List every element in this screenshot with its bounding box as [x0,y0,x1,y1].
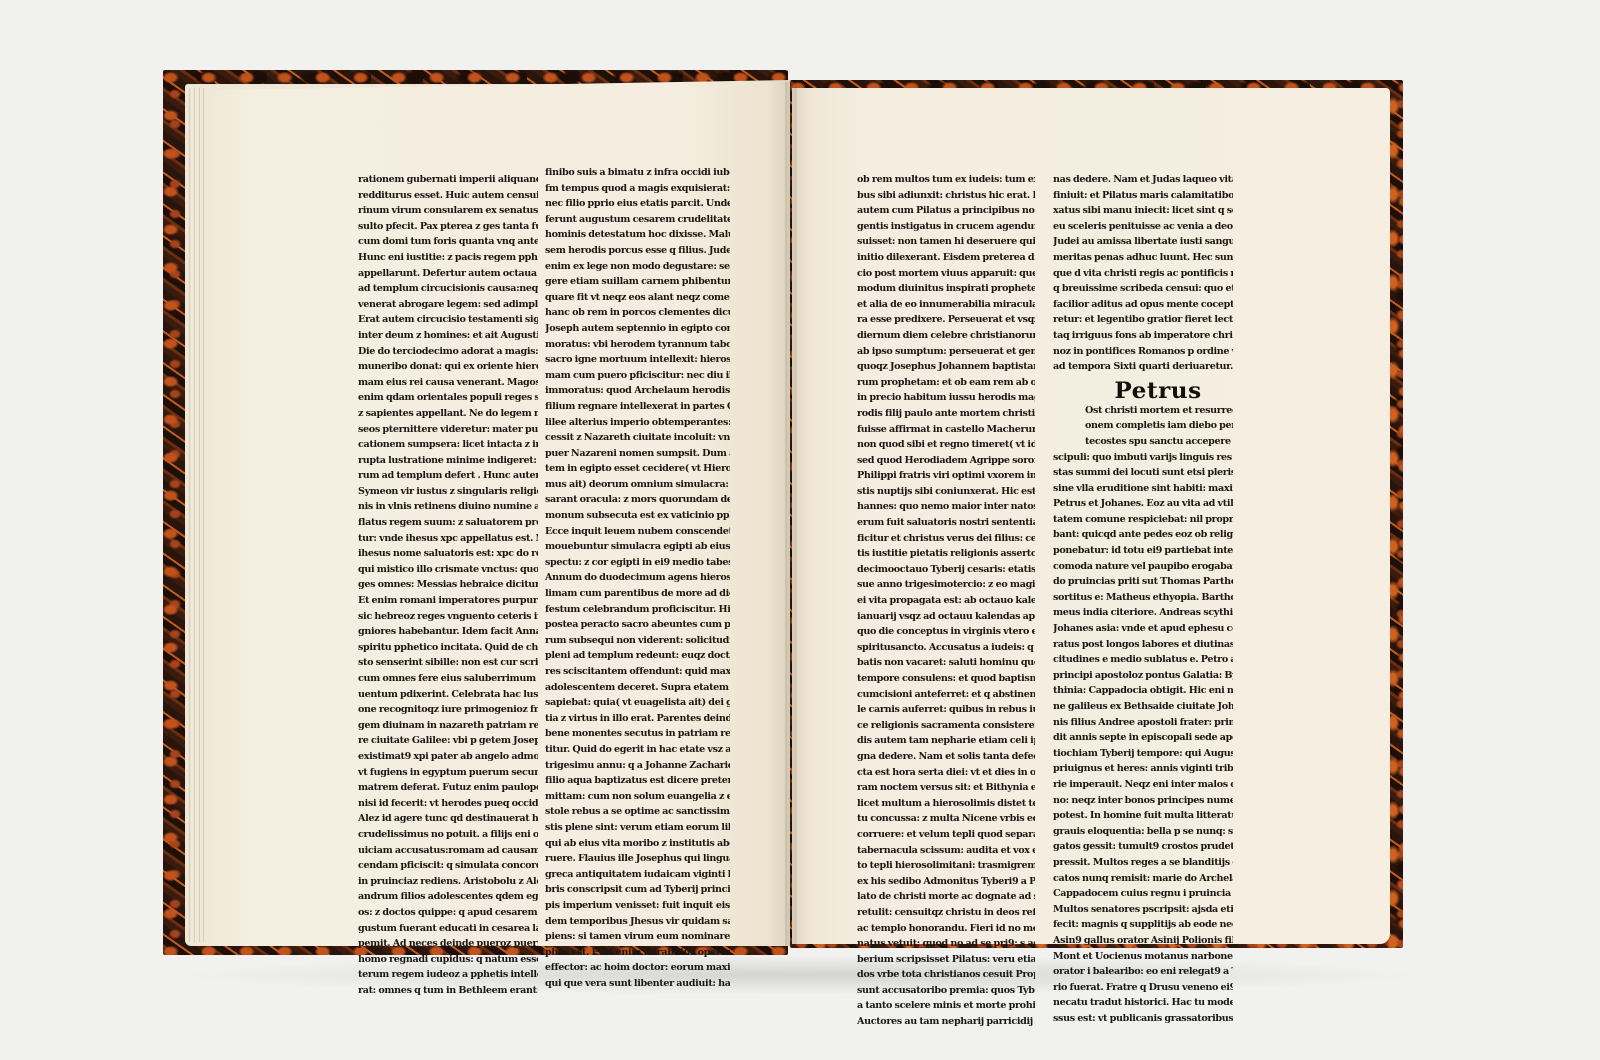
text-line: sue anno trigesimotercio: z eo magis quo… [857,577,1035,593]
text-line: meritas penas adhuc luunt. Hec sunt fere [1053,250,1233,266]
text-line: uentum pdixerint. Celebrata hac lustrati [358,687,538,703]
text-line: pbas est. Erat enim mirabiliuz operum [545,945,730,961]
text-line: sic hebreoz reges vnguento ceteris insi [358,609,538,625]
text-line: filio aqua baptizatus est dicere preter [545,773,730,789]
text-line: et alia de eo innumerabilia miracula fut… [857,297,1035,313]
text-line: thinia: Cappadocia obtigit. Hic eni nato [1053,683,1233,699]
text-line: os: z doctos quippe: q apud cesarem Au [358,905,538,921]
text-line: rum ad templum defert . Hunc autem [358,468,538,484]
text-line: cum omnes fere eius saluberrimum ad [358,671,538,687]
text-line: catos nunq remisit: marie do Archelaum [1053,871,1233,887]
text-line: stis nuptijs sibi coniunxerat. Hic est i… [857,484,1035,500]
text-line: fecit: magnis q supplitijs ab eode necat… [1053,917,1233,933]
text-line: non quod sibi et regno timeret( vt ide a… [857,437,1035,453]
text-line: tu concussa: z multa Nicene vrbis edific… [857,811,1035,827]
leaf-edge-line [189,88,190,942]
text-line: rum prophetam: et ob eam rem ab omnibo [857,375,1035,391]
text-line: Hunc eni iustitie: z pacis regem pphete [358,250,538,266]
text-line: stas summi dei locuti sunt etsi plerisqz… [1053,465,1233,481]
text-line: finiuit: et Pilatus maris calamitatibo v… [1053,188,1233,204]
text-line: pressit. Multos reges a se blanditijs eu… [1053,855,1233,871]
text-line: vt fugiens in egyptum puerum secum z [358,765,538,781]
text-line: gustum fuerant educati in cesarea lago [358,921,538,937]
text-line: ad templum circucisionis causa:neqz eni [358,281,538,297]
text-line: Judei au amissa libertate iusti sanguini… [1053,234,1233,250]
text-line: bris conscripsit cum ad Tyberij princi [545,882,730,898]
text-line: sem herodis porcus esse q filius. Judei [545,243,730,259]
text-line: erum fuit saluatoris nostri sententia. P… [857,515,1035,531]
text-line: a tanto scelere minis et morte prohibuit… [857,998,1035,1014]
text-line: diernum diem celebre christianorum nome [857,328,1035,344]
text-line: ruere. Flauius ille Josephus qui lingua [545,851,730,867]
text-line: ianuarij vsqz ad octauu kalendas aprilis… [857,609,1035,625]
text-line: cum domi tum foris quanta vnq antea. [358,234,538,250]
text-line: tatem comune respiciebat: nil proprij ha… [1053,512,1233,528]
text-line: limam cum parentibus de more ad diem [545,586,730,602]
text-line: retur: et legentibo gratior fieret lecti… [1053,312,1233,328]
text-line: sine vlla eruditione sint habiti: maxime… [1053,481,1233,497]
text-line: gentis instigatus in crucem agendum cen [857,219,1035,235]
text-line: no: neqz inter bonos principes numerari [1053,793,1233,809]
text-line: tia z virtus in illo erat. Parentes dein… [545,711,730,727]
text-line: tis iustitie pietatis religionis asserto… [857,546,1035,562]
text-line: batis non vacaret: saluti hominu quouis [857,655,1035,671]
text-line: monum subsecuta est ex vaticinio pphete [545,508,730,524]
text-line: nis filius Andree apostoli frater: prim9… [1053,715,1233,731]
text-line: puer Nazareni nomen sumpsit. Dum au [545,446,730,462]
text-line: ihesus nome saluatoris est: xpc do regis [358,546,538,562]
text-line: initio dilexerant. Eisdem preterea die t… [857,250,1035,266]
text-line: existimat9 xpi pater ab angelo admonet [358,749,538,765]
text-line: sulto pfecit. Pax pterea z ges tanta fui… [358,219,538,235]
text-line: Joseph autem septennio in egipto com [545,321,730,337]
text-line: facilior aditus ad opus mente coceptu da [1053,297,1233,313]
text-line: Symeon vir iustus z singularis religio [358,484,538,500]
text-line: nisi id fecerit: vt herodes pueq occider… [358,796,538,812]
text-line: ficitur et christus verus dei filius: ce… [857,531,1035,547]
text-line: eu sceleris penituisse ac venia a deo me… [1053,219,1233,235]
text-line: modum diuinitus inspirati prophete z hec [857,281,1035,297]
text-line: filium regnare intellexerat in partes Ga [545,399,730,415]
text-line: mam cum puero pficiscitur: nec diu ibi [545,368,730,384]
text-line: immoratus: quod Archelaum herodis [545,383,730,399]
text-line: ad tempora Sixti quarti deriuaretur. [1053,359,1233,375]
text-line: noz in pontifices Romanos p ordine vsqz [1053,344,1233,360]
text-line: in pruinciaz rediens. Aristobolu z Alex [358,874,538,890]
text-line: gere etiam suillam carnem phibentur: [545,274,730,290]
text-line: gniores habebantur. Idem facit Anna [358,624,538,640]
text-line: redditurus esset. Huic autem censui Cy [358,188,538,204]
text-line: priuignus et heres: annis viginti tribo … [1053,761,1233,777]
text-line: mittam: cum non solum euangelia z epi [545,789,730,805]
text-line: gna dedere. Nam et solis tanta defectio … [857,749,1035,765]
text-line: res sciscitantem offendunt: quid maxime [545,664,730,680]
text-line: ra esse predixere. Perseuerat et vsqz in… [857,312,1035,328]
text-line: stis plene sint: verum etiam eorum libri [545,820,730,836]
text-line: tiochiam Tyberij tempore: qui Augusti [1053,746,1233,762]
text-line: rat: omnes q tum in Bethleem erant: z [358,983,538,999]
text-line: quo die conceptus in virginis vtero est … [857,624,1035,640]
text-line: onem completis iam diebo pen [1053,418,1233,434]
text-line: Ost christi mortem et resurrecti [1053,403,1233,419]
text-line: suisset: non tamen hi deseruere qui eum … [857,234,1035,250]
text-line: Ecce inquit leuem nubem conscendet: z [545,524,730,540]
text-line: festum celebrandum proficiscitur. Hi do [545,602,730,618]
text-column-left-1: rationem gubernati imperii aliquandoredd… [358,172,538,998]
text-line: ne galileus ex Bethsaide ciuitate Johan [1053,699,1233,715]
text-line: enim ex lege non modo degustare: sed tan [545,259,730,275]
text-line: tem in egipto esset cecidere( vt Hieroni [545,461,730,477]
text-line: nec filio pprio eius etatis parcit. Unde [545,196,730,212]
text-line: Auctores au tam nepharij parricidij pe [857,1014,1035,1030]
column-text-before-heading: nas dedere. Nam et Judas laqueo vitamfin… [1053,172,1233,375]
text-line: grauis eloquentia: bella p se nunq: s p … [1053,824,1233,840]
text-line: cio post mortem viuus apparuit: quemad [857,266,1035,282]
text-line: sto senserint sibille: non est cur scrib… [358,655,538,671]
text-line: Alez id agere tunc qd destinauerat homo [358,811,538,827]
text-line: mouebuntur simulacra egipti ab eius co [545,539,730,555]
text-line: crudelissimus no potuit. a filijs eni ob… [358,827,538,843]
text-line: qui que vera sunt libenter audiuit: hanc [545,976,730,992]
text-line: quare fit vt neqz eos alant neqz comedat… [545,290,730,306]
text-line: qui ab eius vita moribo z institutis abo… [545,836,730,852]
text-line: ac templo honorandu. Fieri id no modo se [857,921,1035,937]
text-line: piens: si tamen virum eum nominare [545,929,730,945]
text-line: tecostes spu sanctu accepere di [1053,434,1233,450]
text-line: cationem sumpsera: licet intacta z incor [358,437,538,453]
text-line: inter deum z homines: et ait Augustin9 [358,328,538,344]
text-line: bus sibi adiunxit: christus hic erat. Hu… [857,188,1035,204]
text-line: ferunt augustum cesarem crudelitatem [545,212,730,228]
column-text-after-heading: Ost christi mortem et resurrectionem com… [1053,403,1233,1027]
book-gutter [785,82,797,948]
text-line: Cappadocem cuius regnu i pruincia vertit [1053,886,1233,902]
text-line: dos vrbe tota christianos cesuit Proposi… [857,967,1035,983]
text-column-right-1: ob rem multos tum ex iudeis: tum ex gent… [857,172,1035,1030]
text-line: fuisse affirmat in castello Macherunta: [857,422,1035,438]
text-line: do pruincias priti sut Thomas Parthos [1053,574,1233,590]
leaf-edge-line [194,88,195,942]
text-line: greca antiquitatem iudaicam viginti li [545,867,730,883]
text-line: spectu: z cor egipti in ei9 medio tabesc… [545,555,730,571]
text-line: terum regem iudeoz a pphetis intellexe [358,967,538,983]
text-line: effector: ac hoim doctor: eorum maxime [545,960,730,976]
text-line: quoqz Josephus Johannem baptistam ve [857,359,1035,375]
text-line: spiritu pphetico incitata. Quid de chri [358,640,538,656]
text-line: xatus sibi manu iniecit: licet sint q sc… [1053,203,1233,219]
text-line: titur. Quid do egerit in hac etate vsz a… [545,742,730,758]
text-line: potest. In homine fuit multa litteratura… [1053,808,1233,824]
text-line: finibo suis a bimatu z infra occidi iube… [545,165,730,181]
text-line: rie imperauit. Neqz eni inter malos omni [1053,777,1233,793]
text-line: bant: quicqd ante pedes eoz ob religione [1053,527,1233,543]
text-line: stole rebus a se optime ac sanctissime g… [545,804,730,820]
text-line: pleni ad templum redeunt: euqz docto [545,648,730,664]
text-line: orator i balearibo: eo eni relegat9 a Ty… [1053,964,1233,980]
text-line: moratus: vbi herodem tyrannum tabo z [545,337,730,353]
text-column-left-2: finibo suis a bimatu z infra occidi iube… [545,165,730,991]
text-line: trigesimu annu: q a Johanne Zacharie [545,758,730,774]
text-line: fm tempus quod a magis exquisierat: [545,181,730,197]
text-line: gatos gessit: tumult9 crostos prudeter s… [1053,839,1233,855]
text-line: Erat autem circucisio testamenti signu [358,312,538,328]
text-line: principi apostoloz pontus Galatia: By [1053,668,1233,684]
text-line: re ciuitate Galilee: vbi p getem Joseph [358,733,538,749]
text-line: rationem gubernati imperii aliquando [358,172,538,188]
text-line: cessit z Nazareth ciuitate incoluit: vnd… [545,430,730,446]
text-line: muneribo donat: qui ex oriente hierosoli [358,359,538,375]
text-line: hominis detestatum hoc dixisse. Malui [545,227,730,243]
text-line: uiciam accusatus:romam ad causam di [358,843,538,859]
text-line: le carnis auferret: quibus in rebus iuda… [857,702,1035,718]
text-line: nas dedere. Nam et Judas laqueo vitam [1053,172,1233,188]
text-line: q breuissime scribeda censui: quo et mih… [1053,281,1233,297]
text-column-right-2: nas dedere. Nam et Judas laqueo vitamfin… [1053,172,1233,1026]
text-line: que d vita christi regis ac pontificis n… [1053,266,1233,282]
text-line: adolescentem deceret. Supra etatem eni [545,680,730,696]
text-line: autem cum Pilatus a principibus nostre [857,203,1035,219]
text-line: Mont et Uocienus motanus narbonesis [1053,949,1233,965]
text-line: Multos senatores pscripsit: ajsda etia i… [1053,902,1233,918]
leaf-edge-line [203,88,204,942]
text-line: meus india citeriore. Andreas scythiam. [1053,605,1233,621]
text-line: hannes: quo nemo maior inter natos muli [857,499,1035,515]
text-line: rupta lustratione minime indigeret: pue [358,453,538,469]
text-line: scipuli: quo imbuti varijs linguis res g… [1053,450,1233,466]
text-line: rio fuerat. Fratre q Drusu veneno ei9 iu… [1053,980,1233,996]
text-line: in precio habitum iussu herodis magni he [857,390,1035,406]
text-line: andrum filios adolescentes qdem egregi [358,889,538,905]
text-line: mam eius rei causa venerant. Magos [358,375,538,391]
text-line: enim qdam orientales populi reges suos [358,390,538,406]
text-line: gem diuinam in nazareth patriam redie [358,718,538,734]
text-line: cendam pficiscit: q simulata concordia [358,858,538,874]
text-line: retulit: censuitqz christu in deos refer… [857,905,1035,921]
text-line: z sapientes appellant. Ne do legem moy [358,406,538,422]
text-line: dis autem tam nepharie etiam celi ipsi s… [857,733,1035,749]
text-line: tur: vnde ihesus xpc appellatus est. Naz [358,531,538,547]
text-line: seos pternittere videretur: mater purifi [358,422,538,438]
text-line: mus ait) deorum omnium simulacra: ces [545,477,730,493]
text-line: lilee alterius imperio obtemperantes: se [545,415,730,431]
text-line: postea peracto sacro abeuntes cum pue [545,617,730,633]
text-line: rum subsequi non viderent: solicitudine [545,633,730,649]
text-line: natus vetuit: quod no ad se pri9: s ad T… [857,936,1035,952]
text-line: ce religionis sacramenta consisterent. L… [857,718,1035,734]
text-line: pemit. Ad neces deinde pueroz puerius [358,936,538,952]
text-line: Philippi fratris viri optimi vxorem ince [857,468,1035,484]
text-line: Asin9 gallus orator Asinij Polionis fili… [1053,933,1233,949]
text-line: ratus post longos labores et diutinas so… [1053,637,1233,653]
text-line: venerat abrogare legem: sed adimplere. [358,297,538,313]
text-line: corruere: et velum tepli quod separat du… [857,827,1035,843]
text-line: flatus regem suum: z saluatorem profite [358,515,538,531]
text-line: ges omnes: Messias hebraice dicitur: [358,577,538,593]
text-line: necatu tradut historici. Hac tu moderati… [1053,995,1233,1011]
text-line: dem temporibus Jhesus vir quidam sa [545,914,730,930]
text-line: ab ipso sumptum: perseuerat et genus. Id… [857,344,1035,360]
text-line: taq irriguus fons ab imperatore christia [1053,328,1233,344]
text-line: decimooctauo Tyberij cesaris: etatis do [857,562,1035,578]
text-line: sacro igne mortuum intellexit: hierosoli [545,352,730,368]
text-line: sapiebat: quia( vt euagelista ait) dei g… [545,695,730,711]
chapter-heading-petrus: Petrus [1079,379,1237,403]
text-line: spiritusancto. Accusatus a iudeis: q sab [857,640,1035,656]
text-line: berium scripsisset Pilatus: veru etia pe… [857,952,1035,968]
text-line: sortitus e: Matheus ethyopia. Bartholo [1053,590,1233,606]
text-line: Die do terciodecimo adorat a magis: z [358,344,538,360]
text-line: sed quod Herodiadem Agrippe sororem ac [857,453,1035,469]
text-line: cumcisioni anteferret: et q abstinentia … [857,687,1035,703]
text-line: hanc ob rem in porcos clementes dicunt. [545,305,730,321]
text-line: qui mistico illo crismate vnctus: quo re [358,562,538,578]
text-line: bene monentes secutus in patriam reuer [545,726,730,742]
text-line: sarant oracula: z mors quorundam de [545,492,730,508]
text-line: rinum virum consularem ex senatuscon [358,203,538,219]
text-line: Johanes asia: vnde et apud ephesu comoa [1053,621,1233,637]
text-line: sunt accusatoribo premia: quos Tyberius [857,983,1035,999]
text-line: lato de christi morte ac dognate ad sena… [857,889,1035,905]
text-line: pis imperium venisset: fuit inquit eis [545,898,730,914]
text-line: dit annis septe in episcopali sede apd A… [1053,730,1233,746]
text-line: to tepli hierosolimitani: trasmigrem9 ci… [857,858,1035,874]
text-line: Annum do duodecimum agens hierosol [545,570,730,586]
text-line: one recognitoqz iure primogenioz fm le [358,702,538,718]
text-line: cta est hora serta diei: vt et dies in o… [857,765,1035,781]
text-line: ei vita propagata est: ab octauo kalenda… [857,593,1035,609]
text-line: nis in vlnis retinens diuino numine af [358,499,538,515]
text-line: rodis filij paulo ante mortem christi ce… [857,406,1035,422]
text-line: comoda nature vel paupibo erogabat. Hi [1053,559,1233,575]
text-line: tempore consulens: et quod baptismuz cir [857,671,1035,687]
text-line: Petrus et Johanes. Eoz au vita ad vtili [1053,496,1233,512]
text-line: appellarunt. Defertur autem octaua die [358,266,538,282]
text-line: ram noctem versus sit: et Bithynia etiam [857,780,1035,796]
text-line: tabernacula scissum: audita et vox ex ad… [857,843,1035,859]
text-line: citudines e medio sublatus e. Petro aute [1053,652,1233,668]
text-line: homo regnadi cupidus: q natum esse al [358,952,538,968]
text-line: ex his sedibo Admonitus Tyberi9 a Pi [857,874,1035,890]
text-line: ob rem multos tum ex iudeis: tum ex gent… [857,172,1035,188]
text-line: ponebatur: id totu ei9 partiebat inter s… [1053,543,1233,559]
text-line: ssus est: vt publicanis grassatoribus et… [1053,1011,1233,1027]
text-line: licet multum a hierosolimis distet terre… [857,796,1035,812]
leaf-edge-line [199,88,200,942]
text-line: matrem deferat. Futuz enim paulopost [358,780,538,796]
text-line: Et enim romani imperatores purpura: [358,593,538,609]
